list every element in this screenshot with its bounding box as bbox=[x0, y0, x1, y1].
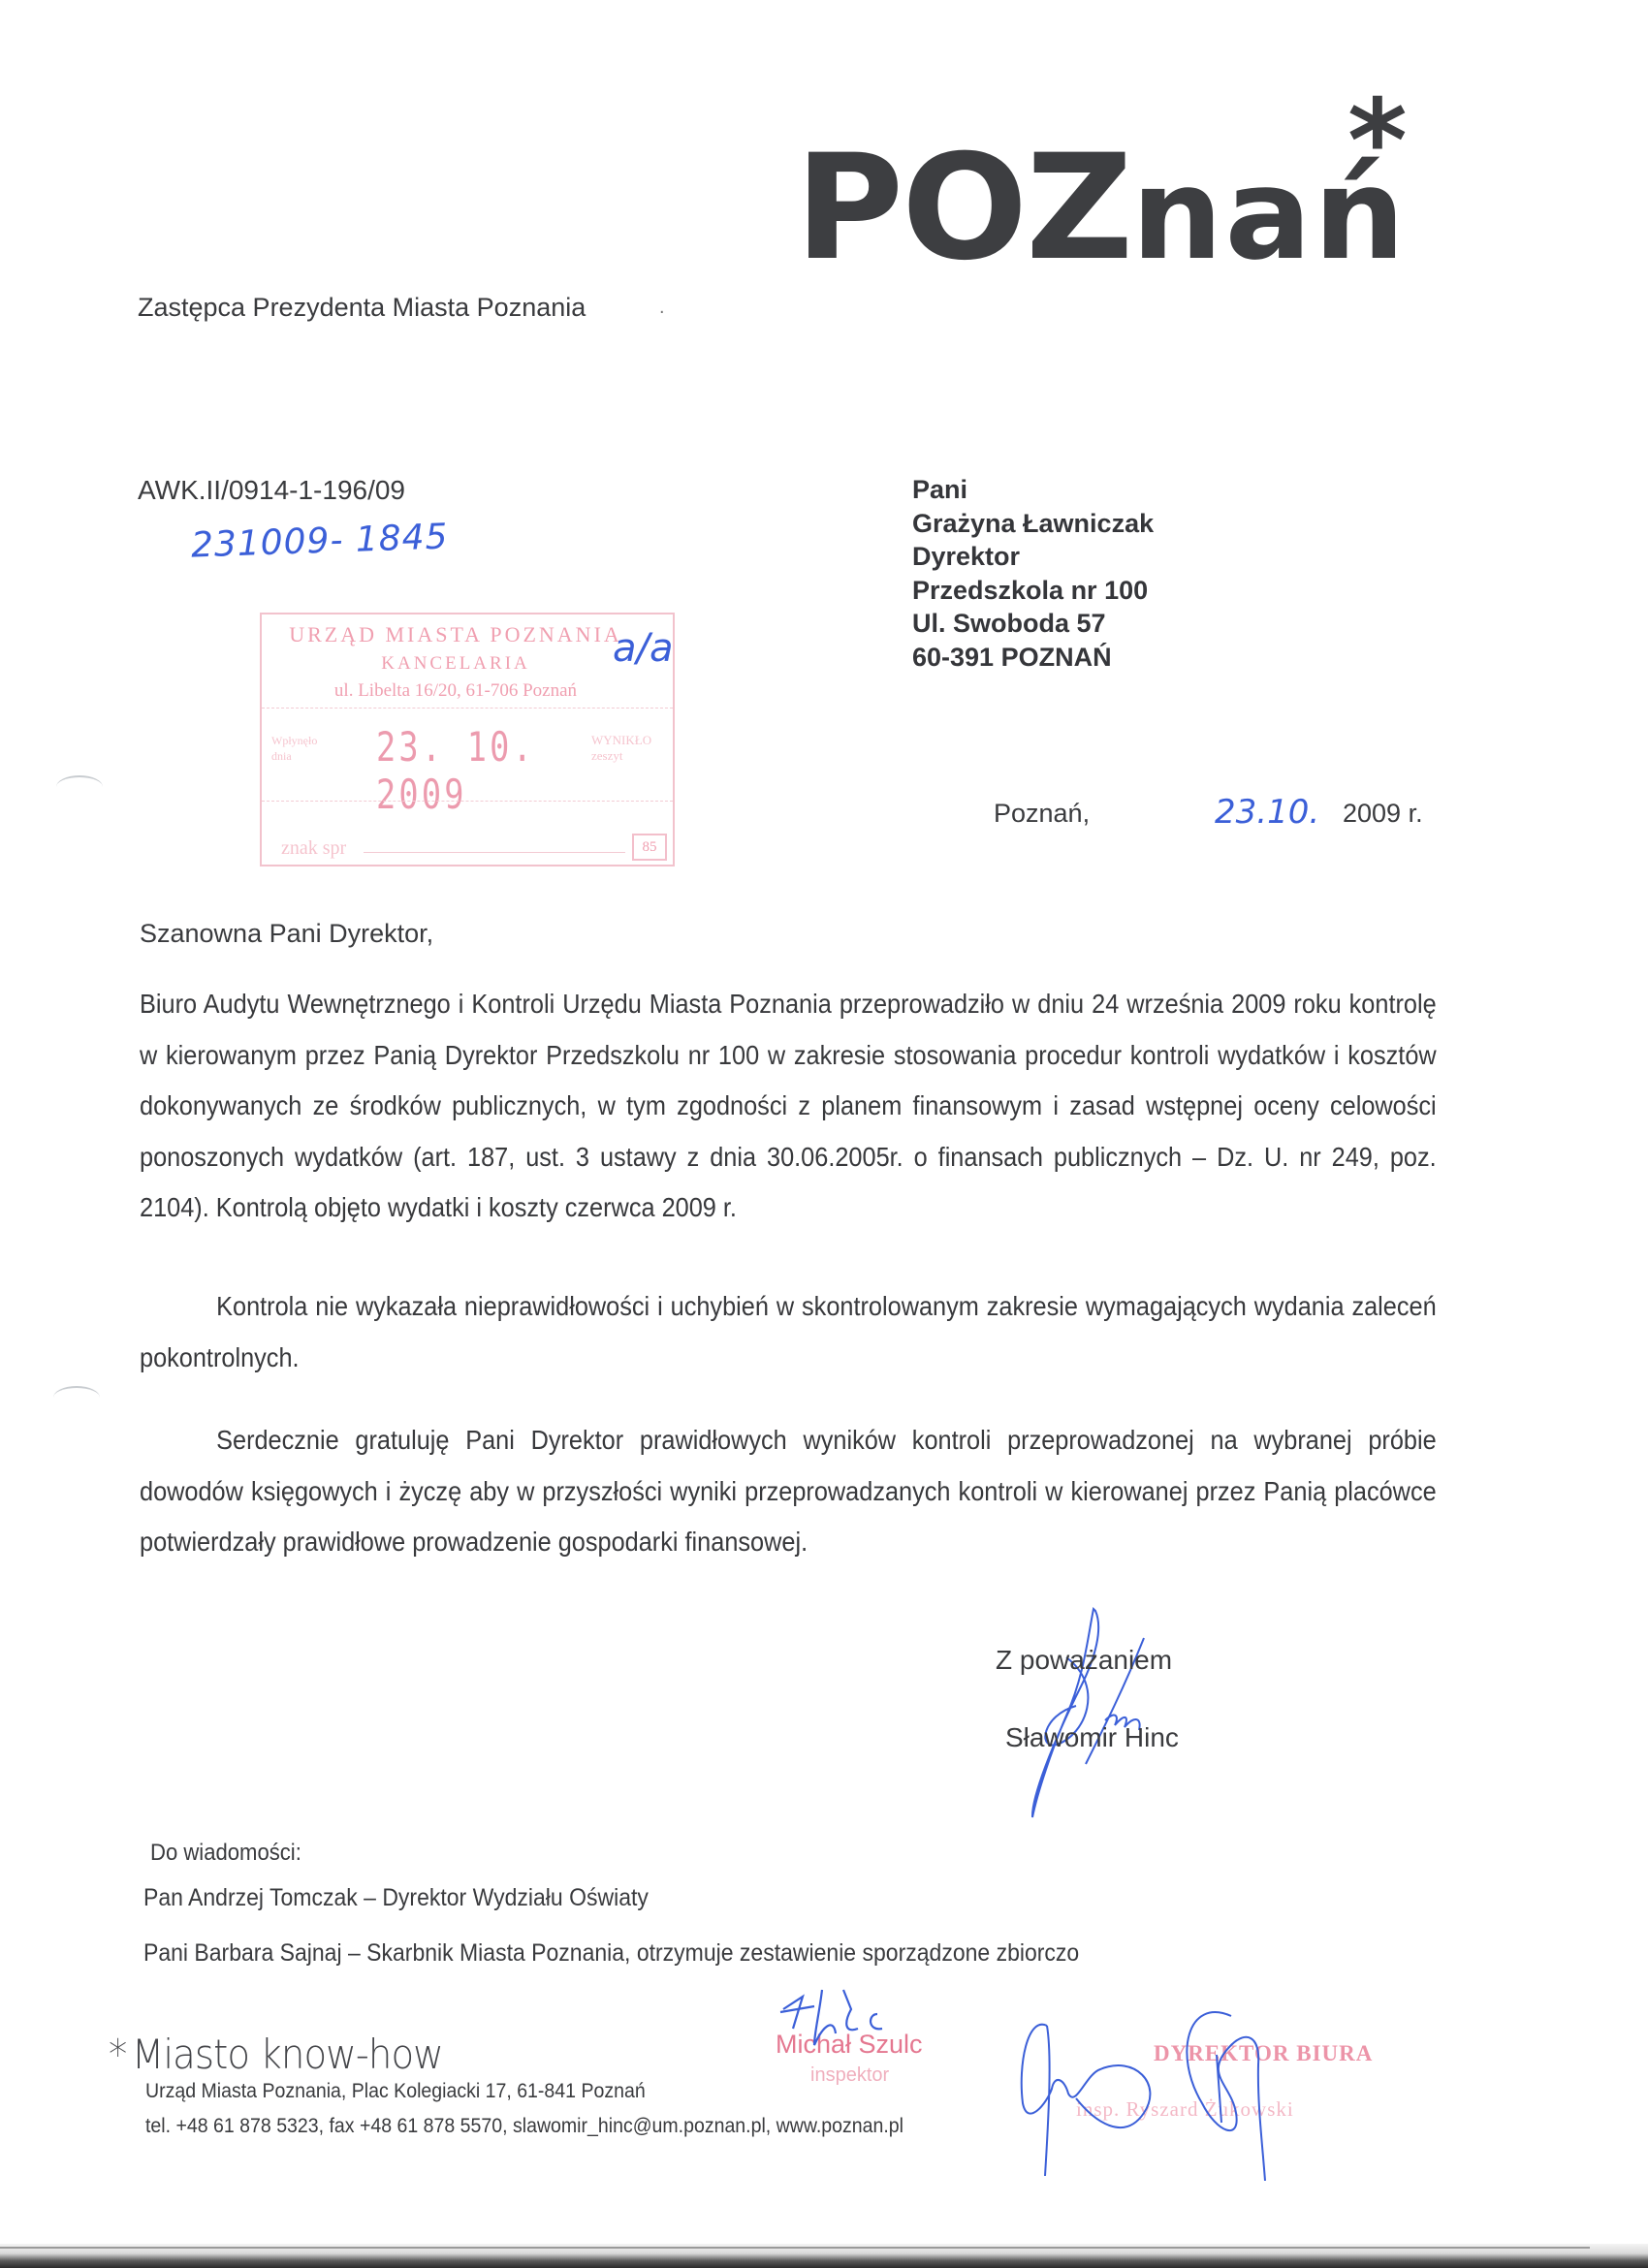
salutation: Szanowna Pani Dyrektor, bbox=[140, 919, 433, 949]
recipient-line: 60-391 POZNAŃ bbox=[912, 641, 1154, 675]
footer-address: Urząd Miasta Poznania, Plac Kolegiacki 1… bbox=[145, 2080, 646, 2103]
footer-brand: *Miasto know-how bbox=[109, 2031, 443, 2078]
asterisk-icon: * bbox=[109, 2031, 126, 2078]
stamp-right-label: WYNIKŁO zeszyt bbox=[591, 733, 651, 764]
cc-recipient: Pan Andrzej Tomczak – Dyrektor Wydziału … bbox=[143, 1884, 649, 1912]
inspector-stamp-role: inspektor bbox=[810, 2064, 889, 2087]
stamp-received-label: Wpłynęło dnia bbox=[271, 733, 317, 764]
logo-asterisk-icon: * bbox=[1347, 83, 1408, 198]
poznan-logo: POZnań bbox=[795, 136, 1407, 281]
body-paragraph-1: Biuro Audytu Wewnętrznego i Kontroli Urz… bbox=[140, 979, 1437, 1234]
body-paragraph-3: Serdecznie gratuluję Pani Dyrektor prawi… bbox=[140, 1415, 1437, 1568]
place: Poznań, bbox=[994, 799, 1090, 829]
closing-phrase: Z poważaniem bbox=[996, 1645, 1172, 1676]
body-paragraph-2: Kontrola nie wykazała nieprawidłowości i… bbox=[140, 1281, 1437, 1383]
scan-edge-line bbox=[0, 2247, 1590, 2249]
stamp-count-box: 85 bbox=[632, 834, 667, 861]
sender-title: Zastępca Prezydenta Miasta Poznania bbox=[138, 293, 586, 323]
body-paragraph-2-text: Kontrola nie wykazała nieprawidłowości i… bbox=[140, 1291, 1437, 1372]
recipient-line: Pani bbox=[912, 473, 1154, 507]
logo-upper: POZ bbox=[795, 124, 1131, 293]
stamp-office: URZĄD MIASTA POZNANIA bbox=[281, 622, 630, 647]
body-paragraph-3-text: Serdecznie gratuluję Pani Dyrektor prawi… bbox=[140, 1425, 1437, 1557]
handwritten-registration-number: 231009- 1845 bbox=[190, 517, 449, 565]
signer-name: Sławomir Hinc bbox=[1005, 1722, 1179, 1753]
signature-director bbox=[1008, 1997, 1318, 2181]
footer-brand-text: Miasto know-how bbox=[132, 2031, 443, 2078]
stamp-divider bbox=[262, 708, 673, 709]
recipient-line: Grażyna Ławniczak bbox=[912, 507, 1154, 541]
recipient-address: Pani Grażyna Ławniczak Dyrektor Przedszk… bbox=[912, 473, 1154, 674]
recipient-line: Dyrektor bbox=[912, 540, 1154, 574]
date-year: 2009 r. bbox=[1343, 799, 1423, 829]
stamp-address: ul. Libelta 16/20, 61-706 Poznań bbox=[281, 680, 630, 702]
cc-title: Do wiadomości: bbox=[150, 1840, 301, 1867]
recipient-line: Ul. Swoboda 57 bbox=[912, 607, 1154, 641]
punch-hole-mark bbox=[53, 1386, 100, 1409]
handwritten-date: 23.10. bbox=[1215, 793, 1319, 832]
footer-contact: tel. +48 61 878 5323, fax +48 61 878 557… bbox=[145, 2115, 903, 2138]
reference-number: AWK.II/0914-1-196/09 bbox=[138, 475, 405, 506]
handwritten-note: a/a bbox=[613, 626, 674, 671]
stamp-date: 23. 10. 2009 bbox=[376, 723, 614, 818]
recipient-line: Przedszkola nr 100 bbox=[912, 574, 1154, 608]
punch-hole-mark bbox=[56, 775, 103, 799]
stamp-case-label: znak spr bbox=[281, 837, 346, 860]
signature-szulc bbox=[776, 1985, 902, 2053]
stamp-case-line bbox=[364, 852, 625, 853]
cc-recipient: Pani Barbara Sajnaj – Skarbnik Miasta Po… bbox=[143, 1939, 1079, 1968]
sender-dot: . bbox=[659, 297, 665, 319]
signature-hinc bbox=[998, 1599, 1221, 1822]
stamp-department: KANCELARIA bbox=[281, 653, 630, 675]
stamp-divider bbox=[262, 801, 673, 802]
